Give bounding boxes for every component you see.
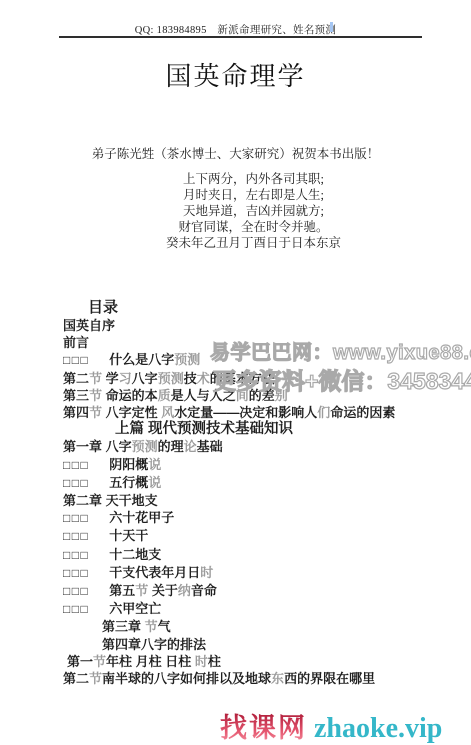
- toc-text: 八字定性: [102, 405, 161, 420]
- toc-line: □□□六甲空亡: [63, 600, 395, 618]
- placeholder-boxes: □□□: [63, 602, 89, 616]
- toc-text: 干支代表年月日: [109, 565, 200, 580]
- toc-line: □□□五行概说: [63, 474, 395, 492]
- toc-text: 预测: [158, 371, 184, 386]
- text-cursor-artifact: [330, 22, 333, 32]
- watermark-yixue: 易学巴巴网：www.yixue88.cn 更多资料+微信：3458344044: [210, 341, 471, 394]
- toc-text: 水定量——决定和影响人: [174, 405, 317, 420]
- toc-text: 音命: [191, 583, 217, 598]
- toc-text: 第三章: [102, 619, 145, 634]
- placeholder-boxes: □□□: [63, 529, 89, 543]
- placeholder-boxes: □□□: [63, 476, 89, 490]
- toc-heading: 目录: [63, 298, 395, 317]
- placeholder-boxes: □□□: [63, 353, 89, 367]
- toc-text: 六十花甲子: [109, 510, 174, 525]
- toc-text: 命运的本: [102, 388, 158, 403]
- toc-text: 国英自序: [63, 318, 115, 333]
- toc-line: 第四节 八字定性 风水定量——决定和影响人们命运的因素: [63, 404, 395, 421]
- header-divider: [59, 36, 422, 38]
- placeholder-boxes: □□□: [63, 548, 89, 562]
- toc-text: 第二章 天干地支: [63, 493, 158, 508]
- toc-text: 东: [271, 671, 284, 686]
- placeholder-boxes: □□□: [63, 458, 89, 472]
- placeholder-boxes: □□□: [63, 511, 89, 525]
- toc-text: 第二: [63, 671, 89, 686]
- toc-text: 的理: [158, 439, 184, 454]
- toc-text: 十二地支: [109, 547, 161, 562]
- toc-text: 第五: [109, 583, 135, 598]
- toc-text: 预测: [132, 439, 158, 454]
- toc-text: 阴阳概: [109, 457, 148, 472]
- toc-text: 纳: [178, 583, 191, 598]
- poem-line: 财官同谋，全在时令并驰。: [18, 219, 471, 235]
- toc-line: 上篇 现代预测技术基础知识: [63, 421, 395, 438]
- toc-text: 学: [102, 371, 119, 386]
- toc-text: 技: [184, 371, 197, 386]
- poem-line: 月时夹日，左右即是人生;: [18, 187, 471, 203]
- page-title: 国英命理学: [0, 56, 471, 93]
- toc-text: 节: [89, 671, 102, 686]
- toc-text: 术: [197, 371, 210, 386]
- toc-text: 节: [89, 405, 102, 420]
- document-page: QQ: 183984895 新派命理研究、姓名预测 国英命理学 弟子陈光甡（茶水…: [0, 0, 471, 745]
- watermark-zhaoke-site: zhaoke.vip: [314, 713, 442, 744]
- poem-block: 上下两分，内外各司其职;月时夹日，左右即是人生;天地异道，吉凶并园就方;财官同谋…: [18, 171, 471, 251]
- toc-text: 八字: [132, 371, 158, 386]
- placeholder-boxes: □□□: [63, 566, 89, 580]
- toc-line: □□□阴阳概说: [63, 456, 395, 474]
- toc-text: 第三: [63, 388, 89, 403]
- toc-text: 基础: [197, 439, 223, 454]
- watermark-zhaoke: 找课网zhaoke.vip: [220, 706, 442, 745]
- toc-text: 预测: [174, 352, 200, 367]
- toc-text: 习: [119, 371, 132, 386]
- toc-text: 什么是八字: [109, 352, 174, 367]
- toc-line: 国英自序: [63, 317, 395, 334]
- toc-text: 六甲空亡: [109, 601, 161, 616]
- toc-text: 风: [161, 405, 174, 420]
- watermark-yixue-wechat: 更多资料+微信：3458344044: [213, 368, 471, 394]
- poem-line: 天地异道，吉凶并园就方;: [18, 203, 471, 219]
- toc-text: 时: [195, 654, 208, 669]
- toc-line: □□□十二地支: [63, 546, 395, 564]
- toc-text: 时: [200, 565, 213, 580]
- toc-text: 第四章八字的排法: [102, 637, 206, 652]
- toc-text: 西的界限在哪里: [284, 671, 375, 686]
- toc-text: 第二: [63, 371, 89, 386]
- poem-line: 上下两分，内外各司其职;: [18, 171, 471, 187]
- toc-line: □□□干支代表年月日时: [63, 564, 395, 582]
- toc-line: 第三章 节气: [63, 618, 395, 635]
- toc-text: 关于: [148, 583, 178, 598]
- toc-text: 年柱 月柱 日柱: [106, 654, 195, 669]
- toc-text: 第一章 八字: [63, 439, 132, 454]
- toc-line: 第四章八字的排法: [63, 636, 395, 653]
- toc-text: 节: [89, 371, 102, 386]
- watermark-yixue-site: 易学巴巴网：www.yixue88.cn: [210, 341, 471, 365]
- toc-line: 第二章 天干地支: [63, 492, 395, 509]
- toc-text: 们: [317, 405, 330, 420]
- toc-text: 第四: [63, 405, 89, 420]
- toc-line: □□□十天干: [63, 527, 395, 545]
- placeholder-boxes: □□□: [63, 584, 89, 598]
- toc-text: 节: [89, 388, 102, 403]
- toc-text: 五行概: [109, 475, 148, 490]
- toc-line: 第二节南半球的八字如何排以及地球东西的界限在哪里: [63, 670, 395, 687]
- toc-text: 十天干: [109, 528, 148, 543]
- toc-text: 节: [135, 583, 148, 598]
- toc-line: □□□第五节 关于纳音命: [63, 582, 395, 600]
- toc-text: 论: [184, 439, 197, 454]
- toc-line: 第一节年柱 月柱 日柱 时柱: [63, 653, 395, 670]
- toc-line: □□□六十花甲子: [63, 509, 395, 527]
- toc-text: 前言: [63, 335, 89, 350]
- toc-line: 第一章 八字预测的理论基础: [63, 438, 395, 455]
- toc-text: 第一: [67, 654, 93, 669]
- toc-text: 说: [148, 457, 161, 472]
- toc-text: 柱: [208, 654, 221, 669]
- dedication-line: 弟子陈光甡（茶水博士、大家研究）祝贺本书出版！: [0, 144, 471, 162]
- page-header-text: QQ: 183984895 新派命理研究、姓名预测: [0, 22, 471, 37]
- toc-text: 上篇 现代预测技术基础知识: [115, 421, 293, 437]
- toc-text: 质: [158, 388, 171, 403]
- toc-text: 气: [158, 619, 171, 634]
- watermark-zhaoke-name: 找课网: [220, 713, 307, 743]
- toc-text: 南半球的八字如何排以及地球: [102, 671, 271, 686]
- toc-text: 说: [148, 475, 161, 490]
- poem-line: 癸未年乙丑月丁酉日于日本东京: [18, 235, 471, 251]
- toc-text: 命运的因素: [330, 405, 395, 420]
- toc-text: 节: [93, 654, 106, 669]
- toc-text: 节: [145, 619, 158, 634]
